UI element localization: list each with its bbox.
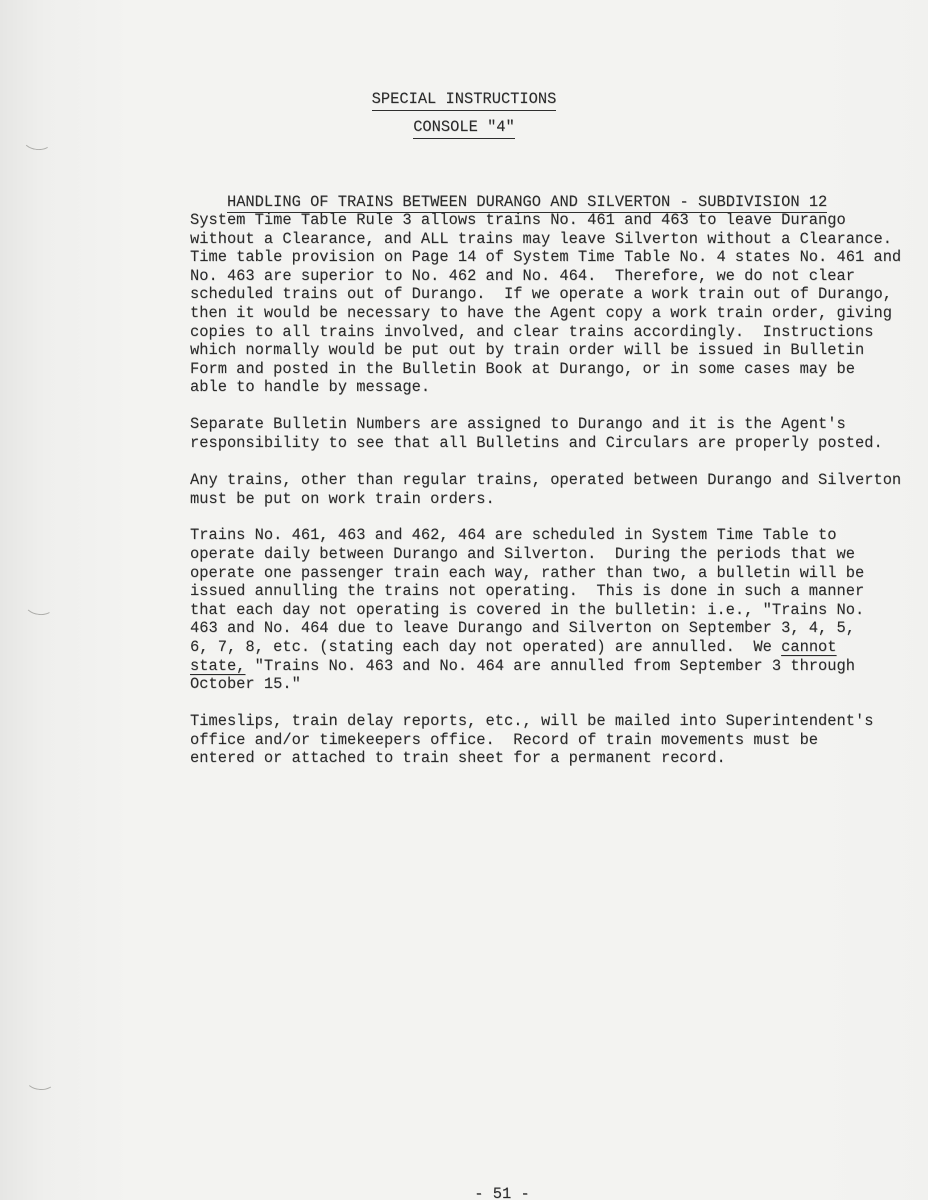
text-line: state, "Trains No. 463 and No. 464 are a…: [190, 657, 922, 676]
underlined-word: state,: [190, 657, 245, 675]
text-line: 6, 7, 8, etc. (stating each day not oper…: [190, 638, 922, 657]
text-segment: Trains No. 461, 463 and 462, 464 are sch…: [190, 526, 837, 544]
text-segment: must be put on work train orders.: [190, 490, 495, 508]
document-subtitle: CONSOLE "4": [0, 118, 928, 139]
text-line: then it would be necessary to have the A…: [190, 304, 922, 323]
text-segment: which normally would be put out by train…: [190, 341, 864, 359]
text-segment: that each day not operating is covered i…: [190, 601, 864, 619]
text-segment: Any trains, other than regular trains, o…: [190, 471, 901, 489]
text-line: operate one passenger train each way, ra…: [190, 564, 922, 583]
document-title-text: SPECIAL INSTRUCTIONS: [372, 90, 557, 111]
text-line: Form and posted in the Bulletin Book at …: [190, 360, 922, 379]
text-segment: Form and posted in the Bulletin Book at …: [190, 360, 855, 378]
underlined-word: cannot: [781, 638, 836, 656]
text-line: without a Clearance, and ALL trains may …: [190, 230, 922, 249]
text-segment: then it would be necessary to have the A…: [190, 304, 892, 322]
text-line: copies to all trains involved, and clear…: [190, 323, 922, 342]
text-line: must be put on work train orders.: [190, 490, 922, 509]
text-segment: Time table provision on Page 14 of Syste…: [190, 248, 901, 266]
text-line: October 15.": [190, 675, 922, 694]
text-segment: No. 463 are superior to No. 462 and No. …: [190, 267, 855, 285]
text-line: 463 and No. 464 due to leave Durango and…: [190, 619, 922, 638]
text-line: System Time Table Rule 3 allows trains N…: [190, 211, 922, 230]
paragraph: System Time Table Rule 3 allows trains N…: [190, 211, 922, 397]
text-line: scheduled trains out of Durango. If we o…: [190, 285, 922, 304]
text-line: able to handle by message.: [190, 378, 922, 397]
page-number: - 51 -: [38, 1185, 928, 1200]
paragraph: Any trains, other than regular trains, o…: [190, 471, 922, 508]
text-line: Time table provision on Page 14 of Syste…: [190, 248, 922, 267]
text-line: which normally would be put out by train…: [190, 341, 922, 360]
text-line: No. 463 are superior to No. 462 and No. …: [190, 267, 922, 286]
text-segment: office and/or timekeepers office. Record…: [190, 731, 818, 749]
text-segment: System Time Table Rule 3 allows trains N…: [190, 211, 846, 229]
text-line: office and/or timekeepers office. Record…: [190, 731, 922, 750]
text-line: Separate Bulletin Numbers are assigned t…: [190, 415, 922, 434]
text-segment: "Trains No. 463 and No. 464 are annulled…: [245, 657, 855, 675]
document-subtitle-text: CONSOLE "4": [413, 118, 515, 139]
text-segment: operate one passenger train each way, ra…: [190, 564, 864, 582]
scan-curl-mark: [24, 594, 55, 616]
text-segment: October 15.": [190, 675, 301, 693]
document-title: SPECIAL INSTRUCTIONS: [0, 90, 928, 111]
text-segment: without a Clearance, and ALL trains may …: [190, 230, 892, 248]
text-line: entered or attached to train sheet for a…: [190, 749, 922, 768]
text-segment: 6, 7, 8, etc. (stating each day not oper…: [190, 638, 781, 656]
text-segment: scheduled trains out of Durango. If we o…: [190, 285, 892, 303]
text-line: issued annulling the trains not operatin…: [190, 582, 922, 601]
text-segment: issued annulling the trains not operatin…: [190, 582, 864, 600]
text-segment: copies to all trains involved, and clear…: [190, 323, 873, 341]
text-segment: responsibility to see that all Bulletins…: [190, 434, 883, 452]
paragraph: Timeslips, train delay reports, etc., wi…: [190, 712, 922, 768]
text-line: responsibility to see that all Bulletins…: [190, 434, 922, 453]
paragraph: Separate Bulletin Numbers are assigned t…: [190, 415, 922, 452]
text-line: Timeslips, train delay reports, etc., wi…: [190, 712, 922, 731]
document-body: System Time Table Rule 3 allows trains N…: [190, 211, 922, 786]
scanned-document-page: SPECIAL INSTRUCTIONS CONSOLE "4" HANDLIN…: [0, 0, 928, 1200]
text-line: operate daily between Durango and Silver…: [190, 545, 922, 564]
text-segment: able to handle by message.: [190, 378, 430, 396]
scan-curl-mark: [25, 1070, 55, 1091]
text-segment: 463 and No. 464 due to leave Durango and…: [190, 619, 855, 637]
text-segment: Separate Bulletin Numbers are assigned t…: [190, 415, 846, 433]
text-line: that each day not operating is covered i…: [190, 601, 922, 620]
text-line: Any trains, other than regular trains, o…: [190, 471, 922, 490]
paragraph: Trains No. 461, 463 and 462, 464 are sch…: [190, 526, 922, 693]
text-line: Trains No. 461, 463 and 462, 464 are sch…: [190, 526, 922, 545]
text-segment: operate daily between Durango and Silver…: [190, 545, 855, 563]
text-segment: Timeslips, train delay reports, etc., wi…: [190, 712, 873, 730]
text-segment: entered or attached to train sheet for a…: [190, 749, 726, 767]
